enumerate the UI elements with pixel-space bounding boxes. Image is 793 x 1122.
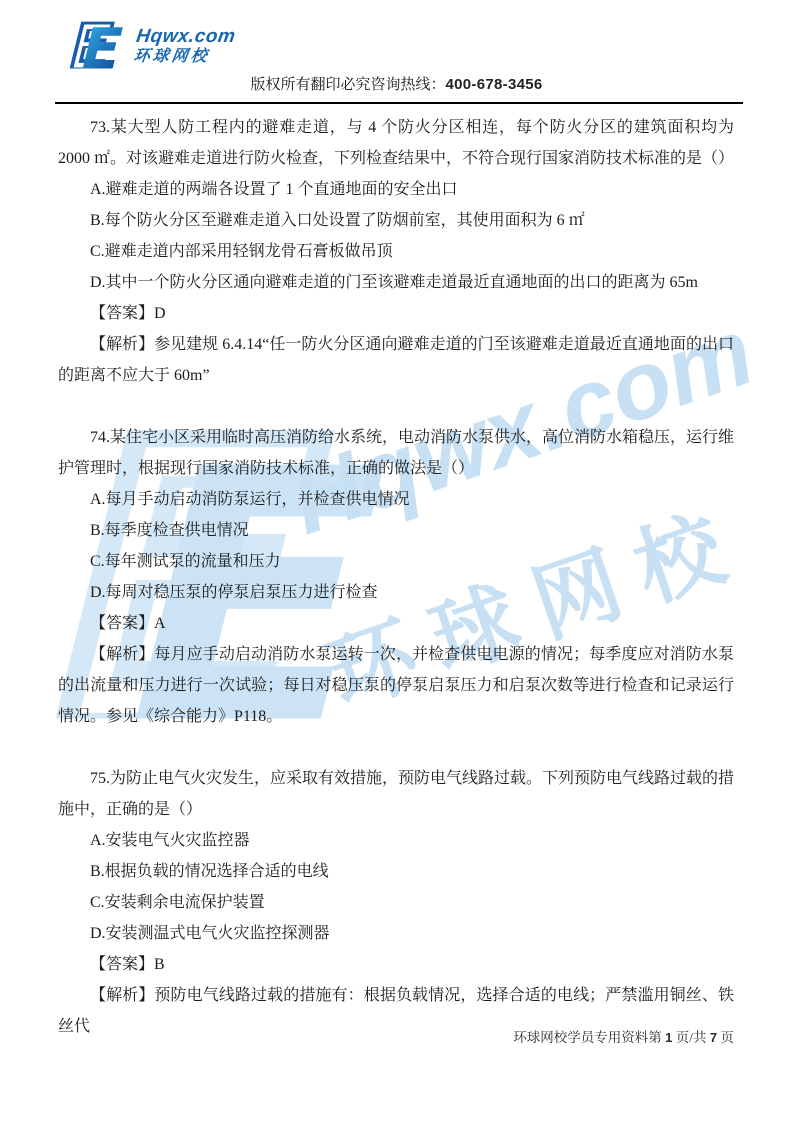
option-d: D.其中一个防火分区通向避难走道的门至该避难走道最近直通地面的出口的距离为 65… xyxy=(58,267,734,298)
document-content: 73.某大型人防工程内的避难走道，与 4 个防火分区相连，每个防火分区的建筑面积… xyxy=(58,104,734,1073)
hqwx-logo-icon xyxy=(70,20,128,72)
option-c: C.避难走道内部采用轻钢龙骨石膏板做吊顶 xyxy=(58,236,734,267)
analysis-line: 【解析】参见建规 6.4.14“任一防火分区通向避难走道的门至该避难走道最近直通… xyxy=(58,329,734,391)
option-d: D.每周对稳压泵的停泵启泵压力进行检查 xyxy=(58,577,734,608)
copyright-line: 版权所有翻印必究咨询热线：400-678-3456 xyxy=(0,73,793,94)
answer-line: 【答案】B xyxy=(58,949,734,980)
option-b: B.每季度检查供电情况 xyxy=(58,515,734,546)
question-stem: 75.为防止电气火灾发生，应采取有效措施，预防电气线路过载。下列预防电气线路过载… xyxy=(58,763,734,825)
document-page: Hqwx.com 环球网校 版权所有翻印必究咨询热线：400-678-3456 … xyxy=(0,0,793,1122)
question-block-74: 74.某住宅小区采用临时高压消防给水系统，电动消防水泵供水，高位消防水箱稳压，运… xyxy=(58,422,734,732)
option-d: D.安装测温式电气火灾监控探测器 xyxy=(58,918,734,949)
hotline-number: 400-678-3456 xyxy=(446,76,543,93)
option-c: C.每年测试泵的流量和压力 xyxy=(58,546,734,577)
question-block-73: 73.某大型人防工程内的避难走道，与 4 个防火分区相连，每个防火分区的建筑面积… xyxy=(58,112,734,391)
option-a: A.每月手动启动消防泵运行，并检查供电情况 xyxy=(58,484,734,515)
option-a: A.安装电气火灾监控器 xyxy=(58,825,734,856)
option-a: A.避难走道的两端各设置了 1 个直通地面的安全出口 xyxy=(58,174,734,205)
footer-prefix: 环球网校学员专用资料第 xyxy=(513,1030,665,1045)
answer-line: 【答案】A xyxy=(58,608,734,639)
analysis-line: 【解析】每月应手动启动消防水泵运转一次，并检查供电电源的情况；每季度应对消防水泵… xyxy=(58,639,734,732)
header-divider xyxy=(55,102,743,104)
logo-text: Hqwx.com 环球网校 xyxy=(132,27,236,66)
page-footer: 环球网校学员专用资料第 1 页/共 7 页 xyxy=(58,1026,734,1046)
footer-suffix: 页 xyxy=(717,1030,734,1045)
page-header: Hqwx.com 环球网校 版权所有翻印必究咨询热线：400-678-3456 xyxy=(0,0,793,104)
option-b: B.每个防火分区至避难走道入口处设置了防烟前室，其使用面积为 6 ㎡ xyxy=(58,205,734,236)
footer-separator: 页/共 xyxy=(672,1030,710,1045)
hqwx-logo: Hqwx.com 环球网校 xyxy=(70,20,234,72)
option-b: B.根据负载的情况选择合适的电线 xyxy=(58,856,734,887)
question-stem: 73.某大型人防工程内的避难走道，与 4 个防火分区相连，每个防火分区的建筑面积… xyxy=(58,112,734,174)
answer-line: 【答案】D xyxy=(58,298,734,329)
question-stem: 74.某住宅小区采用临时高压消防给水系统，电动消防水泵供水，高位消防水箱稳压，运… xyxy=(58,422,734,484)
logo-brand-en: Hqwx.com xyxy=(135,27,237,47)
copyright-text: 版权所有翻印必究咨询热线： xyxy=(250,77,445,93)
logo-brand-cn: 环球网校 xyxy=(132,49,233,66)
question-block-75: 75.为防止电气火灾发生，应采取有效措施，预防电气线路过载。下列预防电气线路过载… xyxy=(58,763,734,1042)
option-c: C.安装剩余电流保护装置 xyxy=(58,887,734,918)
